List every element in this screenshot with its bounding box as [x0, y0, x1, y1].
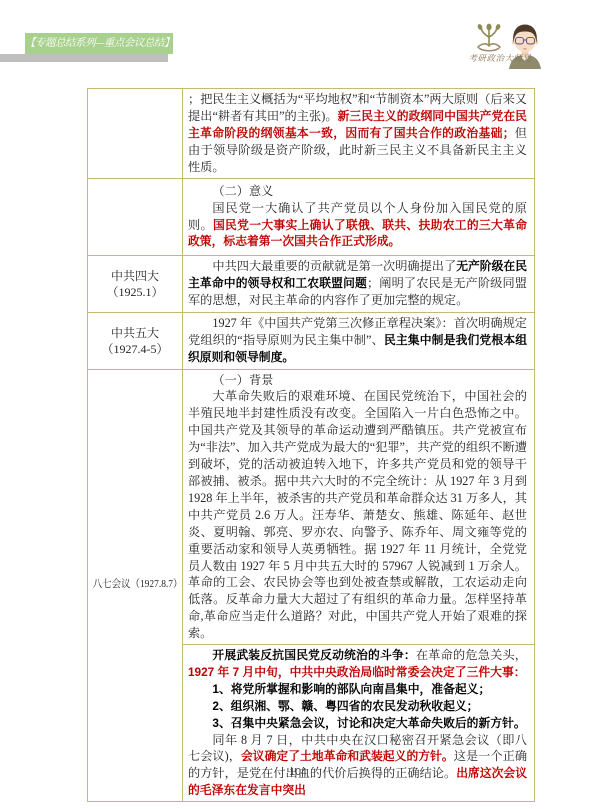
text-segment: 中共四大最重要的贡献就是第一次明确提出了 — [212, 259, 456, 273]
paragraph: （一）背景 — [188, 372, 527, 389]
text-segment: 1927 年 7 月中旬，中共中央政治局临时常委会决定了三件大事： — [188, 665, 526, 679]
paragraph: ；把民生主义概括为“平均地权”和“节制资本”两大原则（后来又提出“耕者有其田”的… — [188, 91, 527, 176]
text-segment: 3、召集中央紧急会议，讨论和决定大革命失败后的新方针。 — [212, 716, 525, 730]
row-content-cell: （一）背景大革命失败后的艰难环境、在国民党统治下，中国社会的半殖民地半封建性质没… — [183, 369, 535, 645]
paragraph: 中共四大最重要的贡献就是第一次明确提出了无产阶级在民主革命中的领导权和工农联盟问… — [188, 258, 527, 309]
row-label-cell: 八七会议（1927.8.7） — [88, 369, 183, 802]
document-page: 【专题总结系列—重点会议总结】 考研政治大师兄 ；把民生主义概括为“ — [0, 0, 596, 809]
table-row: 中共四大（1925.1）中共四大最重要的贡献就是第一次明确提出了无产阶级在民主革… — [88, 255, 535, 312]
paragraph: 1、将党所掌握和影响的部队向南昌集中，准备起义； — [188, 681, 527, 698]
row-label-line: 八七会议（1927.8.7） — [93, 577, 178, 593]
text-segment: （二）意义 — [212, 184, 273, 198]
text-segment: 1、将党所掌握和影响的部队向南昌集中，准备起义； — [212, 682, 490, 696]
table-row: 八七会议（1927.8.7）（一）背景大革命失败后的艰难环境、在国民党统治下，中… — [88, 369, 535, 645]
table-row: （二）意义国民党一大确认了共产党员以个人身份加入国民党的原则。国民党一大事实上确… — [88, 178, 535, 255]
paragraph: 2、组织湘、鄂、赣、粤四省的农民发动秋收起义； — [188, 698, 527, 715]
paragraph: 1927 年《中国共产党第三次修正章程决案》：首次明确规定党组织的“指导原则为民… — [188, 315, 527, 366]
row-content-cell: ；把民生主义概括为“平均地权”和“节制资本”两大原则（后来又提出“耕者有其田”的… — [183, 89, 535, 179]
paragraph: （二）意义 — [188, 183, 527, 200]
row-content-cell: 开展武装反抗国民党反动统治的斗争：在革命的危急关头，1927 年 7 月中旬，中… — [183, 645, 535, 802]
row-label-cell: 中共五大（1927.4-5） — [88, 312, 183, 369]
banner-shadow-bar — [0, 54, 168, 62]
text-segment: 开展武装反抗国民党反动统治的斗争： — [212, 648, 416, 662]
table-row: 中共五大（1927.4-5）1927 年《中国共产党第三次修正章程决案》：首次明… — [88, 312, 535, 369]
row-content-cell: 1927 年《中国共产党第三次修正章程决案》：首次明确规定党组织的“指导原则为民… — [183, 312, 535, 369]
table-row: ；把民生主义概括为“平均地权”和“节制资本”两大原则（后来又提出“耕者有其田”的… — [88, 89, 535, 179]
page-number: 104 — [0, 766, 596, 778]
paragraph: 大革命失败后的艰难环境、在国民党统治下，中国社会的半殖民地半封建性质没有改变。全… — [188, 388, 527, 642]
text-segment: 在革命的危急关头， — [416, 648, 527, 662]
summary-table: ；把民生主义概括为“平均地权”和“节制资本”两大原则（后来又提出“耕者有其田”的… — [87, 88, 535, 802]
row-label-line: （1925.1） — [88, 284, 182, 300]
sprout-hands-logo-icon — [470, 23, 508, 54]
row-content-cell: 中共四大最重要的贡献就是第一次明确提出了无产阶级在民主革命中的领导权和工农联盟问… — [183, 255, 535, 312]
row-label-cell — [88, 89, 183, 179]
paragraph: 3、召集中央紧急会议，讨论和决定大革命失败后的新方针。 — [188, 715, 527, 732]
row-label-line: 中共四大 — [88, 268, 182, 284]
row-label-line: （1927.4-5） — [88, 341, 182, 357]
text-segment: 大革命失败后的艰难环境、在国民党统治下，中国社会的半殖民地半封建性质没有改变。全… — [188, 389, 527, 640]
summary-table-body: ；把民生主义概括为“平均地权”和“节制资本”两大原则（后来又提出“耕者有其田”的… — [88, 89, 535, 802]
series-banner: 【专题总结系列—重点会议总结】 — [25, 33, 173, 54]
row-label-cell: 中共四大（1925.1） — [88, 255, 183, 312]
paragraph: 国民党一大确认了共产党员以个人身份加入国民党的原则。国民党一大事实上确认了联俄、… — [188, 200, 527, 251]
text-segment: 国民党一大事实上确认了联俄、联共、扶助农工的三大革命政策，标志着第一次国共合作正… — [188, 218, 527, 249]
row-content-cell: （二）意义国民党一大确认了共产党员以个人身份加入国民党的原则。国民党一大事实上确… — [183, 178, 535, 255]
text-segment: （一）背景 — [212, 373, 273, 387]
brand-name: 考研政治大师兄 — [448, 52, 552, 64]
text-segment: 2、组织湘、鄂、赣、粤四省的农民发动秋收起义； — [212, 699, 478, 713]
text-segment: 会议确定了土地革命和武装起义的方针。 — [241, 749, 454, 763]
row-label-line: 中共五大 — [88, 325, 182, 341]
paragraph: 开展武装反抗国民党反动统治的斗争：在革命的危急关头，1927 年 7 月中旬，中… — [188, 647, 527, 681]
row-label-cell — [88, 178, 183, 255]
